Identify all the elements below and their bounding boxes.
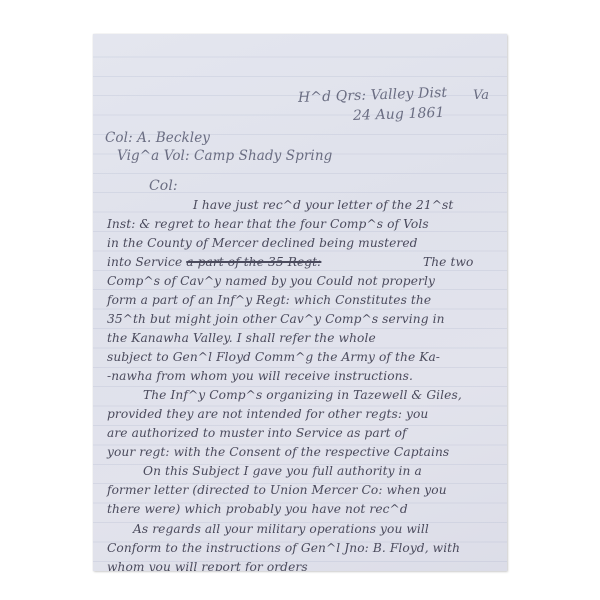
body-line-3: in the County of Mercer declined being m…: [107, 236, 418, 250]
salutation: Col:: [149, 178, 178, 194]
addressee-line-2: Vig^a Vol: Camp Shady Spring: [117, 148, 332, 164]
letter-page: H^d Qrs: Valley Dist Va 24 Aug 1861 Col:…: [93, 34, 507, 571]
body-line-5: The two: [423, 255, 473, 269]
body-line-20: Conform to the instructions of Gen^l Jno…: [107, 541, 460, 555]
body-line-7: form a part of an Inf^y Regt: which Cons…: [107, 293, 431, 307]
body-line-14: are authorized to muster into Service as…: [107, 426, 407, 440]
heading-date: 24 Aug 1861: [353, 105, 445, 124]
body-line-17: former letter (directed to Union Mercer …: [107, 483, 447, 497]
heading-state: Va: [473, 88, 489, 103]
body-line-2: Inst: & regret to hear that the four Com…: [107, 217, 429, 231]
body-line-13: provided they are not intended for other…: [107, 407, 428, 421]
body-line-21: whom you will report for orders: [107, 560, 308, 571]
struck-text: a part of the 35 Regt:: [186, 255, 321, 269]
body-line-10: subject to Gen^l Floyd Comm^g the Army o…: [107, 350, 440, 364]
body-line-16: On this Subject I gave you full authorit…: [143, 464, 422, 478]
body-line-1: I have just rec^d your letter of the 21^…: [193, 198, 453, 212]
body-line-4: into Service a part of the 35 Regt:: [107, 255, 321, 269]
body-line-18: there were) which probably you have not …: [107, 502, 408, 516]
body-line-12: The Inf^y Comp^s organizing in Tazewell …: [143, 388, 462, 402]
body-line-15: your regt: with the Consent of the respe…: [107, 445, 449, 459]
heading-place: H^d Qrs: Valley Dist: [298, 85, 448, 106]
body-line-19: As regards all your military operations …: [133, 522, 429, 536]
body-line-8: 35^th but might join other Cav^y Comp^s …: [107, 312, 445, 326]
addressee-line-1: Col: A. Beckley: [105, 130, 210, 146]
body-line-6: Comp^s of Cav^y named by you Could not p…: [107, 274, 435, 288]
body-line-9: the Kanawha Valley. I shall refer the wh…: [107, 331, 376, 345]
body-line-11: -nawha from whom you will receive instru…: [107, 369, 413, 383]
